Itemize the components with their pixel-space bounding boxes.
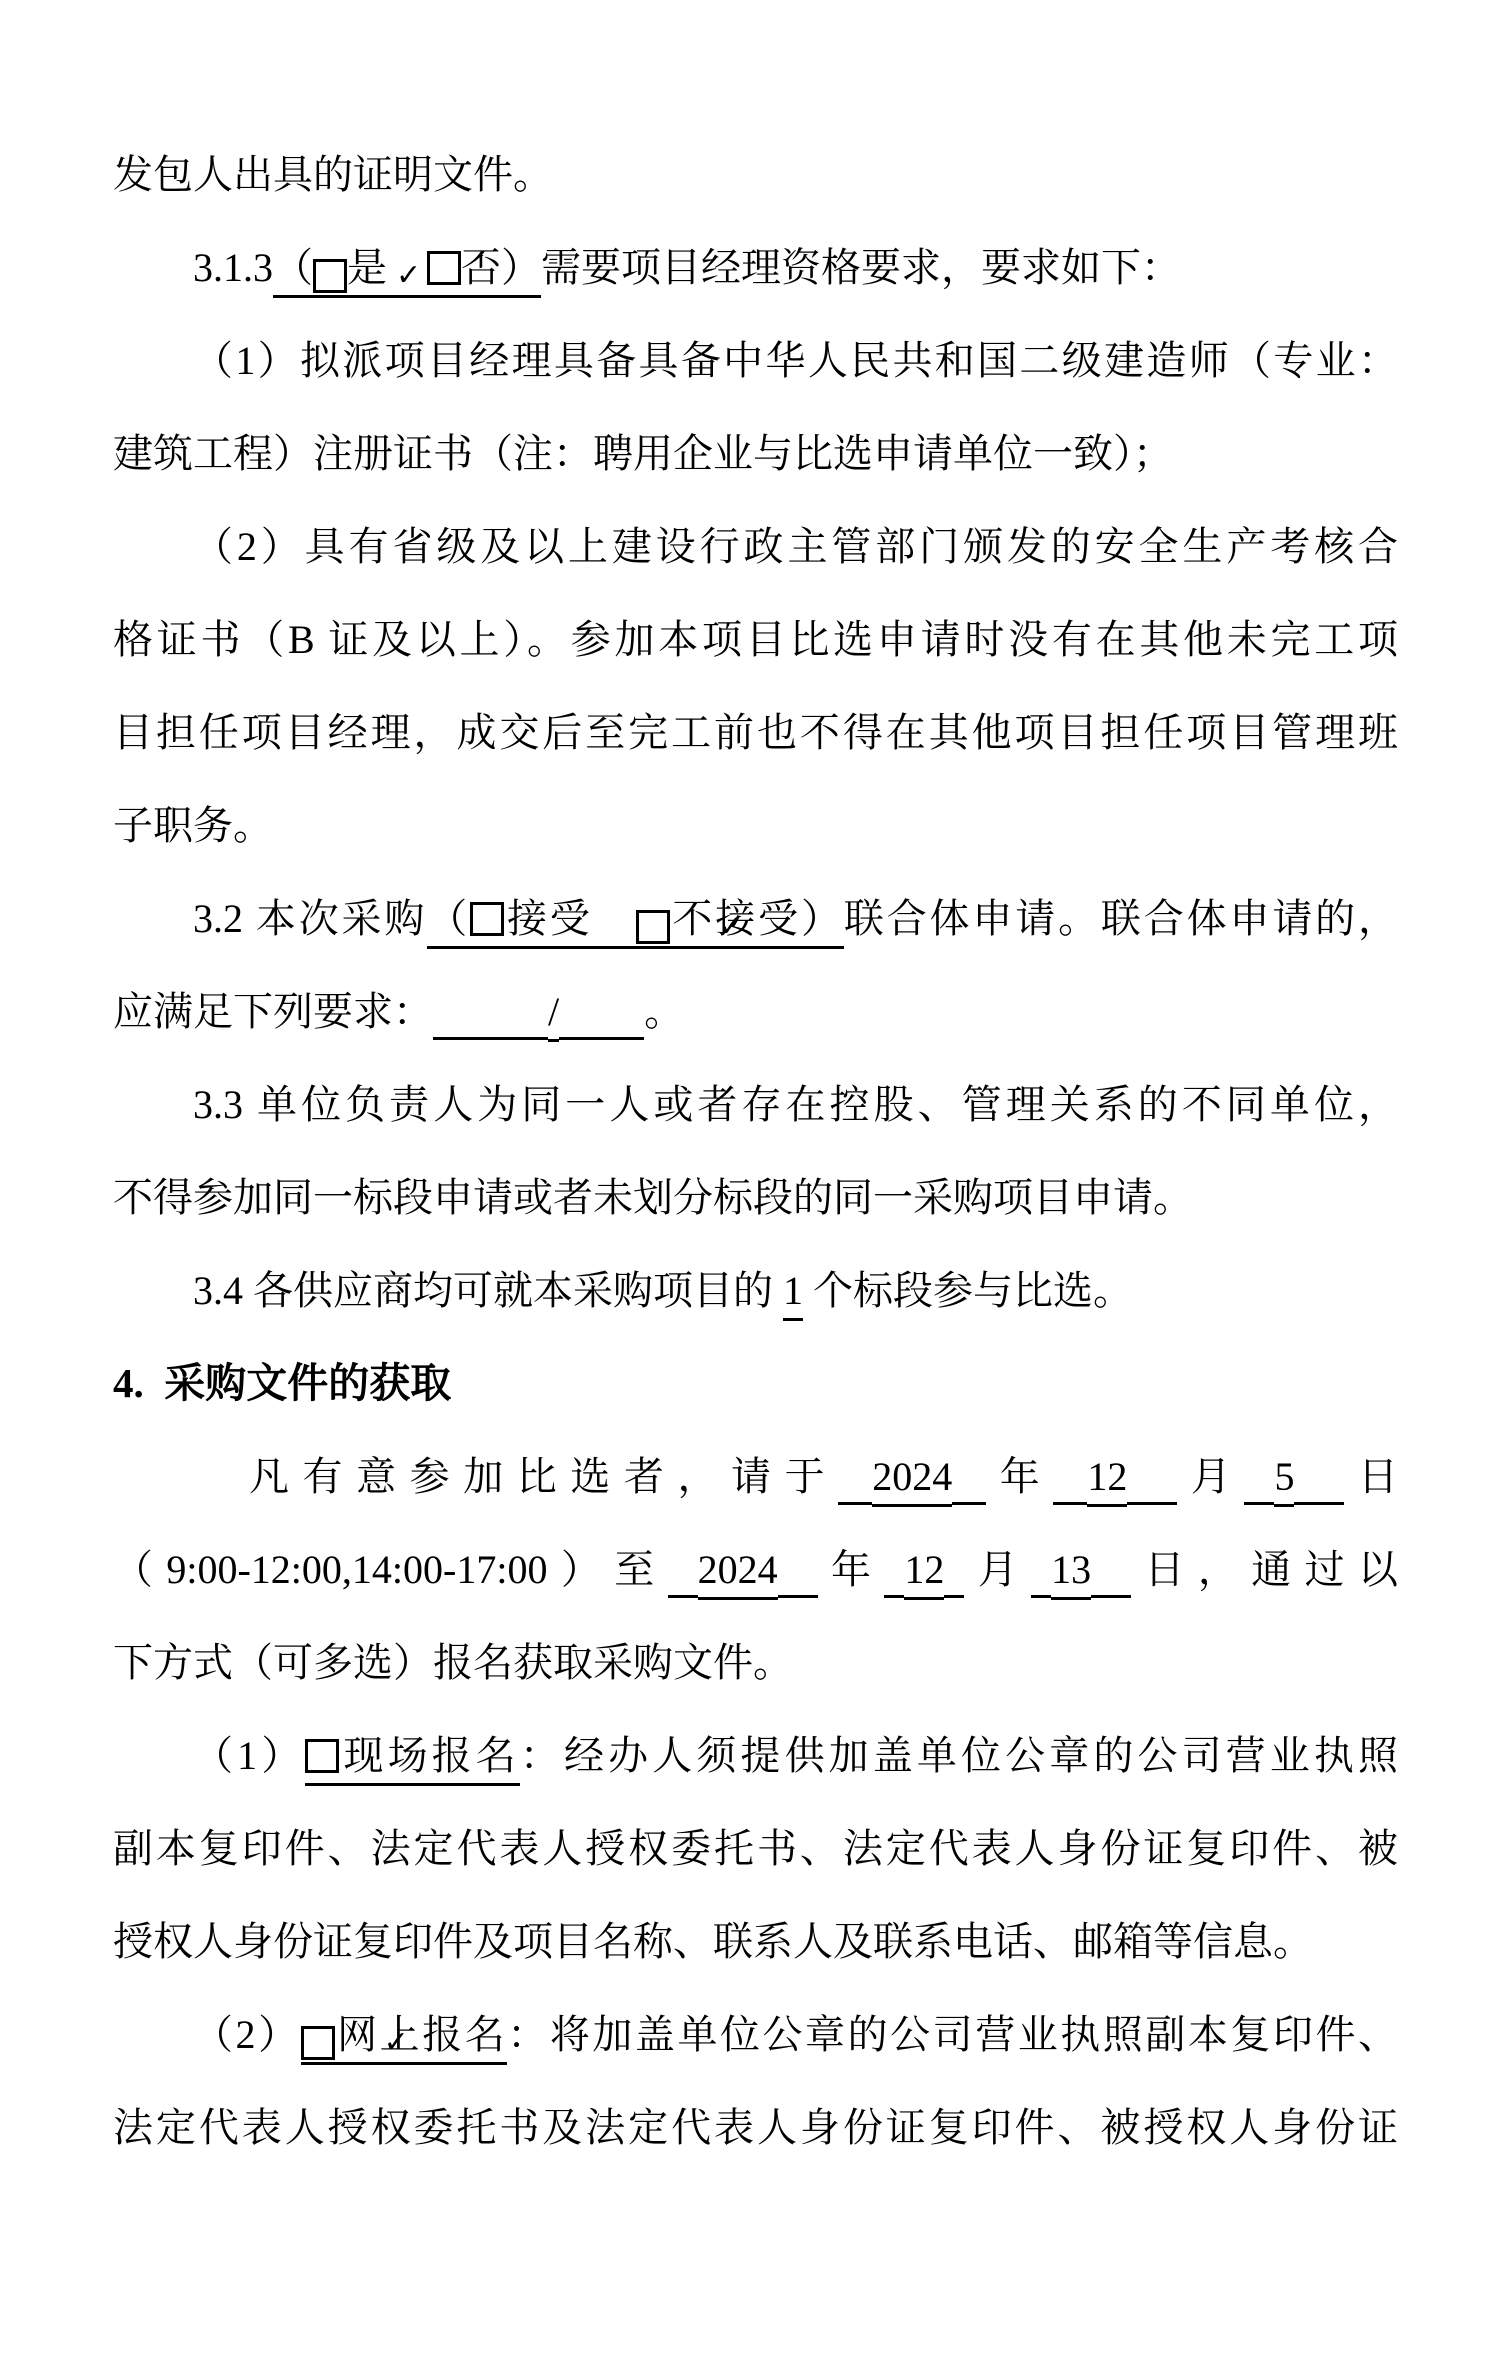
text-run: （2）具有省级及以上建设行政主管部门颁发的安全生产考核合 [193,524,1398,569]
blank-underline [1244,1501,1274,1505]
item-online-line-2: 法定代表人授权委托书及法定代表人身份证复印件、被授权人身份证 [113,2081,1398,2174]
text-run: 凡有意参加比选者，请于 [249,1454,838,1499]
text-run: 年 [818,1547,885,1592]
text-run: 月 [1177,1454,1244,1499]
clause-3-1-3: 3.1.3（✓是 否）需要项目经理资格要求，要求如下： [113,221,1398,314]
text-run: / [548,989,559,1042]
text-run: 3.3 单位负责人为同一人或者存在控股、管理关系的不同单位， [193,1082,1398,1127]
document-page: 发包人出具的证明文件。3.1.3（✓是 否）需要项目经理资格要求，要求如下：（1… [0,0,1500,2174]
item-onsite-line-3: 授权人身份证复印件及项目名称、联系人及联系电话、邮箱等信息。 [113,1895,1398,1988]
para-certificate-end: 发包人出具的证明文件。 [113,128,1398,221]
text-run: ：将加盖单位公章的公司营业执照副本复印件、 [507,2012,1398,2057]
text-run: 日，通过以 [1131,1547,1398,1592]
item-2-line-3: 目担任项目经理，成交后至完工前也不得在其他项目担任项目管理班 [113,686,1398,779]
text-run: 建筑工程）注册证书（注：聘用企业与比选申请单位一致）； [113,431,1173,476]
text-run: 下方式（可多选）报名获取采购文件。 [113,1640,793,1685]
text-run: 。 [644,989,684,1034]
text-run: （1）拟派项目经理具备具备中华人民共和国二级建造师（专业： [193,338,1398,383]
text-run: 3.1.3 [193,245,273,290]
text-run: 联合体申请。联合体申请的， [844,896,1398,941]
blank-underline [1294,1501,1344,1505]
text-run: 3.2 本次采购 [193,896,427,941]
blank-underline [778,1594,818,1598]
heading-4: 4. 采购文件的获取 [113,1337,1398,1430]
blank-underline [1091,1594,1131,1598]
checkbox-underline-wrap: ✓ [301,2012,335,2065]
checkbox-underline-wrap: ✓ [636,896,670,949]
text-run: 4. 采购文件的获取 [113,1360,451,1406]
checkbox-unchecked-icon [305,1739,339,1773]
text-run: 副本复印件、法定代表人授权委托书、法定代表人身份证复印件、被 [113,1826,1398,1871]
text-run: 网上报名 [335,2012,508,2065]
text-run: 个标段参与比选。 [803,1268,1133,1313]
text-run: 子职务。 [113,803,273,848]
text-run: 否） [461,245,541,298]
blank-underline [1127,1501,1177,1505]
checkbox-unchecked-icon [470,902,504,936]
blank-underline [668,1594,698,1598]
checkbox-underline-wrap [470,896,504,949]
clause-3-2-line-1: 3.2 本次采购（接受 ✓不接受）联合体申请。联合体申请的， [113,872,1398,965]
text-run: 接受 [504,896,635,949]
checkbox-checked-icon: ✓ [636,910,670,944]
text-run: 13 [1051,1547,1091,1600]
text-run: 格证书（B 证及以上）。参加本项目比选申请时没有在其他未完工项 [113,617,1398,662]
text-run: 2024 [872,1454,952,1507]
text-run: 不接受） [670,896,844,949]
item-2-line-4: 子职务。 [113,779,1398,872]
text-run: （9:00-12:00,14:00-17:00）至 [113,1547,668,1592]
text-run: 发包人出具的证明文件。 [113,152,553,197]
blank-underline [884,1594,904,1598]
text-run: 是 [347,245,427,298]
item-1-line-2: 建筑工程）注册证书（注：聘用企业与比选申请单位一致）； [113,407,1398,500]
item-online-line-1: （2）✓网上报名：将加盖单位公章的公司营业执照副本复印件、 [113,1988,1398,2081]
blank-underline [1031,1594,1051,1598]
checkbox-underline-wrap [427,245,461,298]
document-body: 发包人出具的证明文件。3.1.3（✓是 否）需要项目经理资格要求，要求如下：（1… [113,128,1398,2174]
blank-underline [944,1594,964,1598]
checkbox-checked-icon: ✓ [313,259,347,293]
text-run: 12 [904,1547,944,1600]
text-run: 5 [1274,1454,1294,1507]
blank-underline [559,1036,644,1040]
text-run: （2） [193,2012,301,2057]
item-onsite-line-2: 副本复印件、法定代表人授权委托书、法定代表人身份证复印件、被 [113,1802,1398,1895]
clause-3-4: 3.4 各供应商均可就本采购项目的 1 个标段参与比选。 [113,1244,1398,1337]
text-run: 不得参加同一标段申请或者未划分标段的同一采购项目申请。 [113,1175,1193,1220]
blank-underline [952,1501,986,1505]
text-run: 目担任项目经理，成交后至完工前也不得在其他项目担任项目管理班 [113,710,1398,755]
text-run: 12 [1087,1454,1127,1507]
item-onsite-line-1: （1）现场报名：经办人须提供加盖单位公章的公司营业执照 [113,1709,1398,1802]
text-run: 月 [964,1547,1031,1592]
clause-3-3-line-1: 3.3 单位负责人为同一人或者存在控股、管理关系的不同单位， [113,1058,1398,1151]
checkbox-underline-wrap [305,1733,339,1786]
item-2-line-1: （2）具有省级及以上建设行政主管部门颁发的安全生产考核合 [113,500,1398,593]
text-run: 2024 [698,1547,778,1600]
text-run: 现场报名 [339,1733,520,1786]
text-run: 需要项目经理资格要求，要求如下： [541,245,1181,290]
text-run: （1） [193,1733,305,1778]
blank-underline [433,1036,548,1040]
text-run: 年 [986,1454,1053,1499]
blank-underline [1053,1501,1087,1505]
text-run: 授权人身份证复印件及项目名称、联系人及联系电话、邮箱等信息。 [113,1919,1313,1964]
para-obtain-line-3: 下方式（可多选）报名获取采购文件。 [113,1616,1398,1709]
checkbox-underline-wrap: ✓ [313,245,347,298]
text-run: 法定代表人授权委托书及法定代表人身份证复印件、被授权人身份证 [113,2105,1398,2150]
text-run: （ [427,896,470,949]
blank-underline [838,1501,872,1505]
text-run: ：经办人须提供加盖单位公章的公司营业执照 [520,1733,1398,1778]
item-1-line-1: （1）拟派项目经理具备具备中华人民共和国二级建造师（专业： [113,314,1398,407]
item-2-line-2: 格证书（B 证及以上）。参加本项目比选申请时没有在其他未完工项 [113,593,1398,686]
text-run: 1 [783,1268,803,1321]
para-obtain-line-2: （9:00-12:00,14:00-17:00）至2024年12月13日，通过以 [113,1523,1398,1616]
text-run: 日 [1344,1454,1398,1499]
text-run: （ [273,245,313,298]
clause-3-2-line-2: 应满足下列要求：/。 [113,965,1398,1058]
clause-3-3-line-2: 不得参加同一标段申请或者未划分标段的同一采购项目申请。 [113,1151,1398,1244]
para-obtain-line-1: 凡有意参加比选者，请于2024年12月5日 [113,1430,1398,1523]
text-run: 应满足下列要求： [113,989,433,1034]
checkbox-checked-icon: ✓ [301,2026,335,2060]
text-run: 3.4 各供应商均可就本采购项目的 [193,1268,783,1313]
checkbox-unchecked-icon [427,251,461,285]
